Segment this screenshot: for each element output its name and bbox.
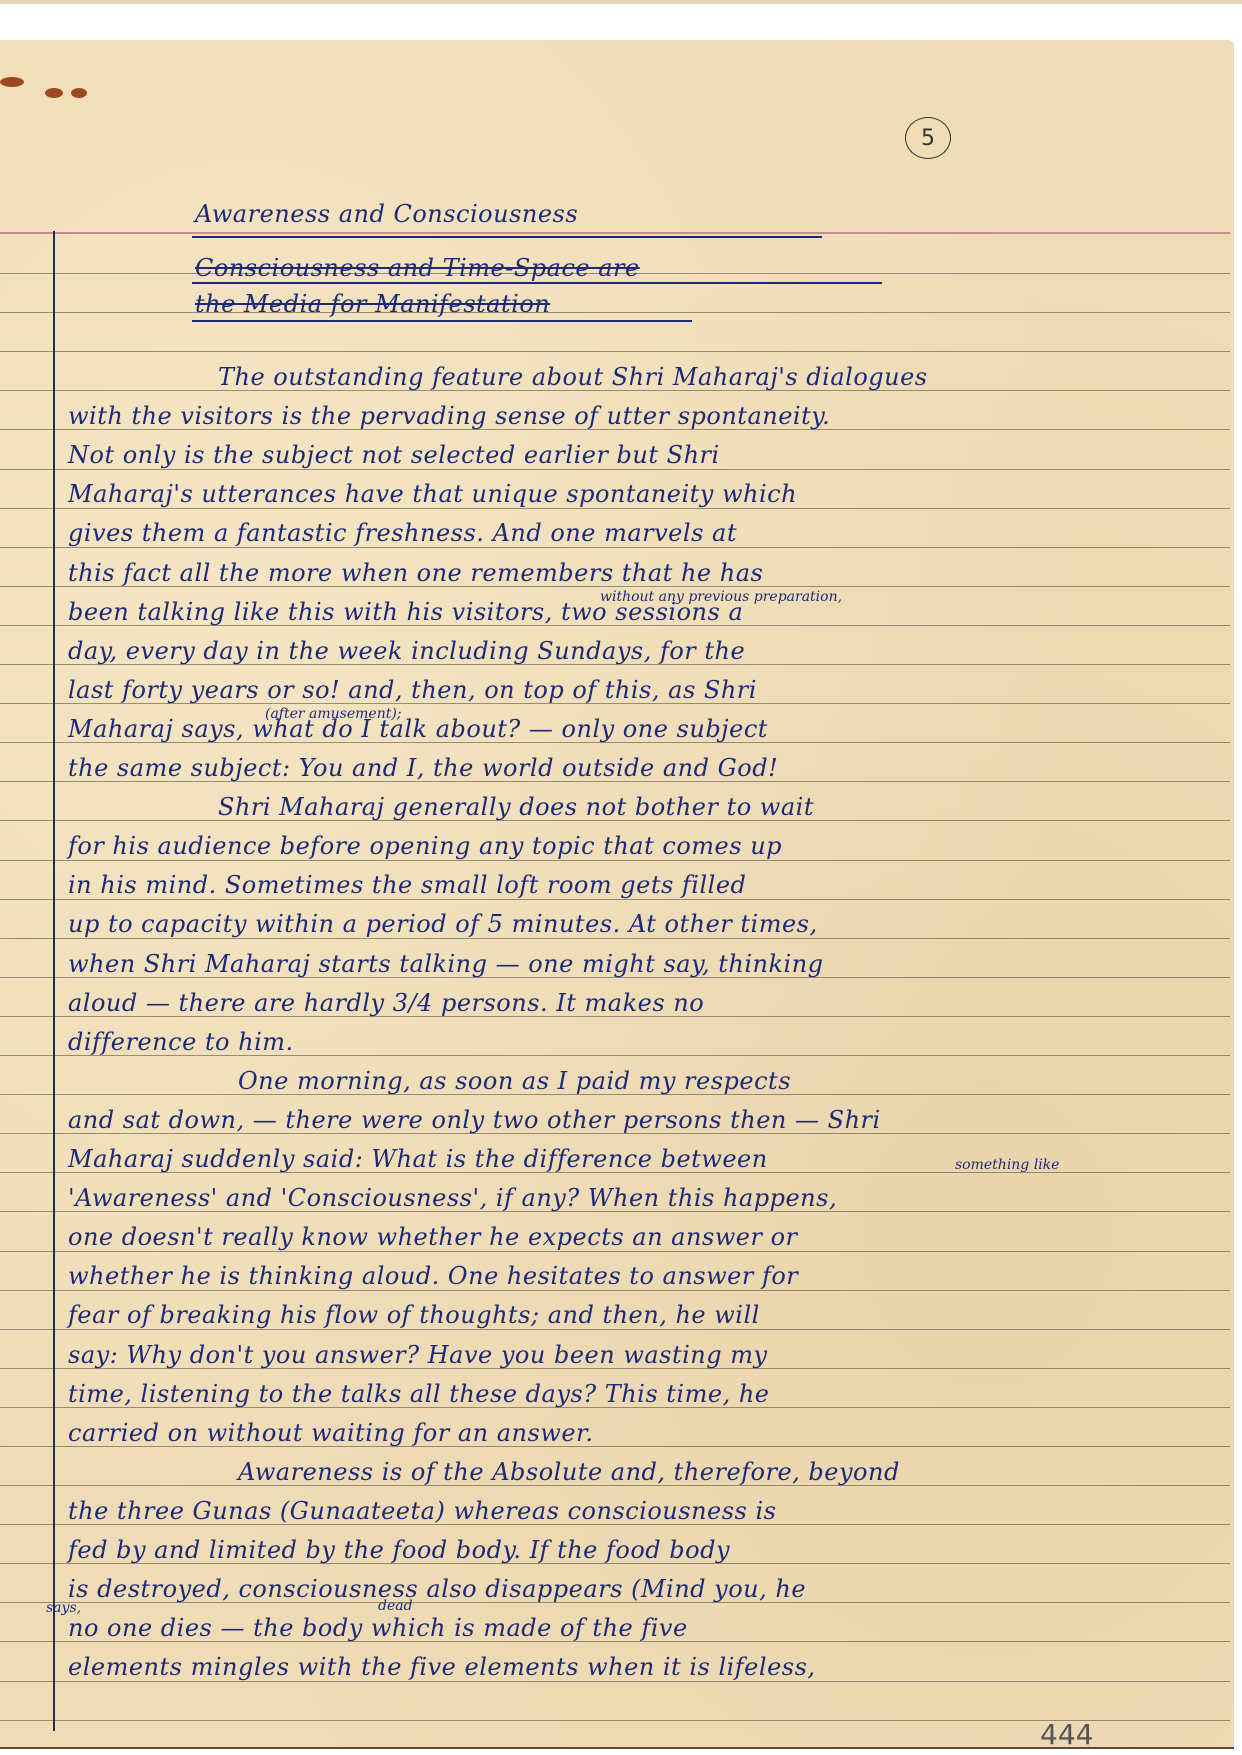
handwritten-line: for his audience before opening any topi… — [68, 831, 782, 861]
handwritten-line: elements mingles with the five elements … — [68, 1652, 816, 1682]
handwritten-line: no one dies — the body which is made of … — [68, 1613, 688, 1643]
page-title: Awareness and Consciousness — [195, 200, 578, 228]
handwritten-line: the three Gunas (Gunaateeta) whereas con… — [68, 1496, 777, 1526]
handwritten-line: 'Awareness' and 'Consciousness', if any?… — [68, 1183, 837, 1213]
struck-title-line: Consciousness and Time-Space are — [195, 254, 640, 282]
insertion-text: dead — [378, 1598, 413, 1614]
handwritten-line: carried on without waiting for an answer… — [68, 1418, 594, 1448]
scan-border-strip — [0, 0, 1242, 4]
handwritten-line: One morning, as soon as I paid my respec… — [238, 1066, 791, 1096]
staple-rust-mark — [71, 88, 87, 98]
handwritten-line: Maharaj says, what do I talk about? — on… — [68, 714, 768, 744]
handwritten-line: Maharaj's utterances have that unique sp… — [68, 479, 797, 509]
title-underline — [192, 320, 692, 322]
staple-rust-mark — [45, 88, 63, 98]
handwritten-line: and sat down, — there were only two othe… — [68, 1105, 881, 1135]
insertion-text: something like — [955, 1157, 1059, 1173]
title-underline — [192, 236, 822, 238]
handwritten-line: with the visitors is the pervading sense… — [68, 401, 830, 431]
handwritten-line: one doesn't really know whether he expec… — [68, 1222, 798, 1252]
handwritten-line: Maharaj suddenly said: What is the diffe… — [68, 1144, 768, 1174]
handwritten-line: when Shri Maharaj starts talking — one m… — [68, 949, 824, 979]
handwritten-line: fear of breaking his flow of thoughts; a… — [68, 1300, 760, 1330]
insertion-text: without any previous preparation, — [600, 589, 842, 605]
handwritten-line: day, every day in the week including Sun… — [68, 636, 745, 666]
handwritten-line: the same subject: You and I, the world o… — [68, 753, 778, 783]
handwritten-line: up to capacity within a period of 5 minu… — [68, 909, 818, 939]
handwritten-line: this fact all the more when one remember… — [68, 558, 763, 588]
red-header-rule — [0, 232, 1230, 234]
handwritten-line: The outstanding feature about Shri Mahar… — [218, 362, 928, 392]
handwritten-line: Awareness is of the Absolute and, theref… — [238, 1457, 900, 1487]
handwritten-line: aloud — there are hardly 3/4 persons. It… — [68, 988, 704, 1018]
title-underline — [192, 282, 882, 284]
insertion-text: (after amusement); — [265, 706, 402, 722]
staple-rust-mark — [0, 77, 24, 87]
margin-line — [53, 231, 55, 1731]
insertion-text: says, — [46, 1600, 81, 1616]
ruled-line — [0, 351, 1230, 352]
page-number-circle: 5 — [905, 117, 951, 159]
handwritten-line: is destroyed, consciousness also disappe… — [68, 1574, 806, 1604]
handwritten-line: say: Why don't you answer? Have you been… — [68, 1340, 768, 1370]
ruled-line — [0, 312, 1230, 313]
handwritten-line: time, listening to the talks all these d… — [68, 1379, 769, 1409]
handwritten-line: gives them a fantastic freshness. And on… — [68, 518, 737, 548]
handwritten-line: last forty years or so! and, then, on to… — [68, 675, 757, 705]
struck-title-line: the Media for Manifestation — [195, 290, 550, 318]
handwritten-line: whether he is thinking aloud. One hesita… — [68, 1261, 798, 1291]
handwritten-line: difference to him. — [68, 1027, 294, 1057]
handwritten-line: in his mind. Sometimes the small loft ro… — [68, 870, 746, 900]
archive-number: 444 — [1040, 1718, 1093, 1751]
handwritten-line: Shri Maharaj generally does not bother t… — [218, 792, 814, 822]
page-number: 5 — [921, 126, 935, 151]
handwritten-line: Not only is the subject not selected ear… — [68, 440, 720, 470]
handwritten-line: fed by and limited by the food body. If … — [68, 1535, 730, 1565]
